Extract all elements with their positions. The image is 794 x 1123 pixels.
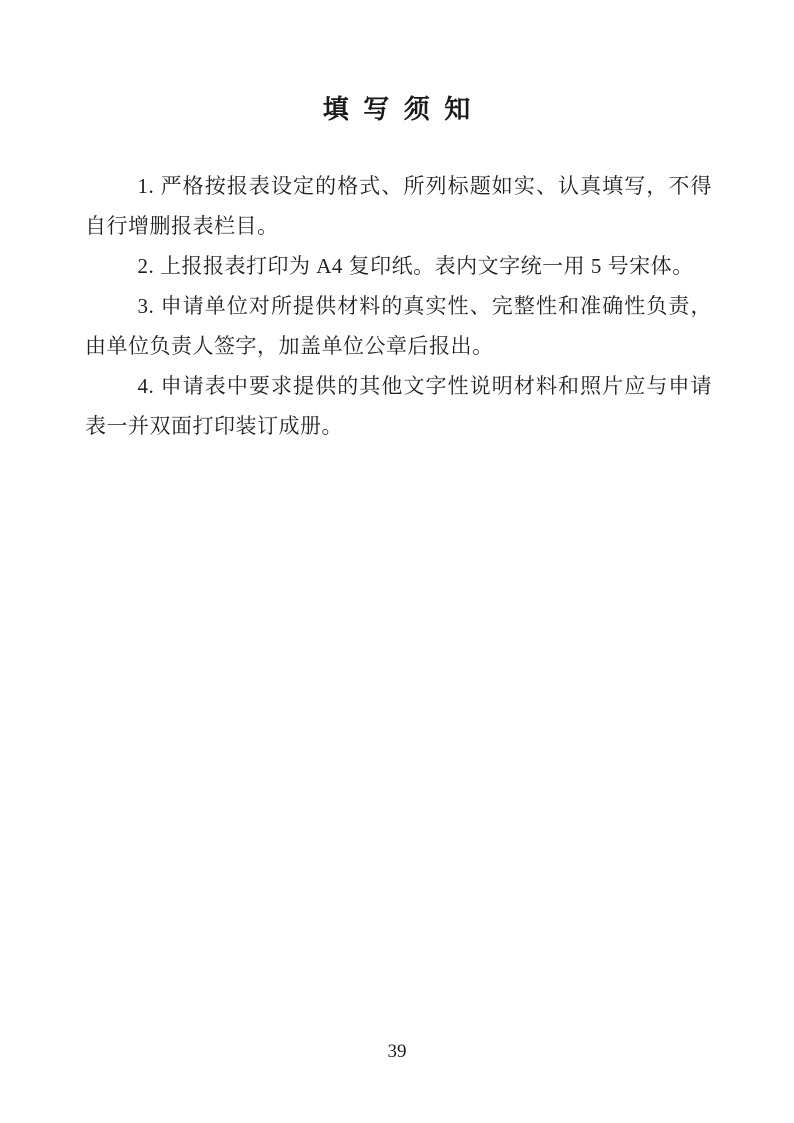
instruction-paragraph-1: 1. 严格按报表设定的格式、所列标题如实、认真填写，不得自行增删报表栏目。 <box>85 166 712 246</box>
instruction-paragraph-2: 2. 上报报表打印为 A4 复印纸。表内文字统一用 5 号宋体。 <box>85 246 712 286</box>
page-number: 39 <box>0 1041 794 1063</box>
document-page: 填 写 须 知 1. 严格按报表设定的格式、所列标题如实、认真填写，不得自行增删… <box>0 0 794 1123</box>
instructions-body: 1. 严格按报表设定的格式、所列标题如实、认真填写，不得自行增删报表栏目。 2.… <box>85 166 712 446</box>
instruction-paragraph-4: 4. 申请表中要求提供的其他文字性说明材料和照片应与申请表一并双面打印装订成册。 <box>85 366 712 446</box>
document-content: 填 写 须 知 1. 严格按报表设定的格式、所列标题如实、认真填写，不得自行增删… <box>0 0 794 446</box>
page-title: 填 写 须 知 <box>85 90 712 130</box>
instruction-paragraph-3: 3. 申请单位对所提供材料的真实性、完整性和准确性负责，由单位负责人签字，加盖单… <box>85 286 712 366</box>
